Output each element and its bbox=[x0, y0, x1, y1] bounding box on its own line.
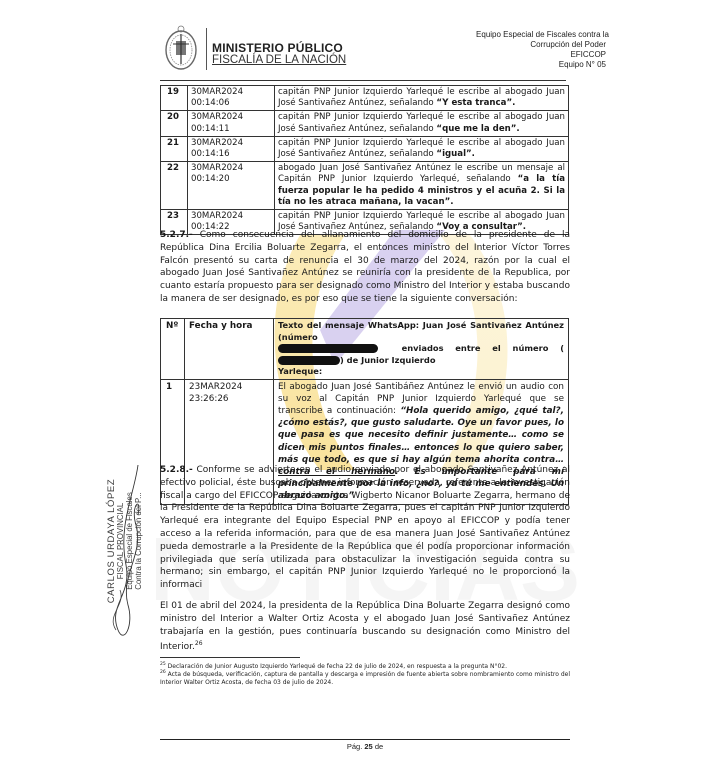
row-message: capitán PNP Junior Izquierdo Yarlequé le… bbox=[275, 111, 569, 136]
team-block: Equipo Especial de Fiscales contra la Co… bbox=[473, 30, 606, 70]
paragraph-text: Como consecuencia del allanamiento del d… bbox=[160, 230, 570, 304]
table-row: 2130MAR202400:14:16capitán PNP Junior Iz… bbox=[161, 136, 569, 161]
row-date: 30MAR2024 bbox=[191, 211, 243, 221]
row-num: 20 bbox=[161, 111, 188, 136]
section-label: 5.2.8.- bbox=[160, 465, 193, 475]
stamp-line: Equipo Especial de Fiscales bbox=[125, 446, 134, 636]
paragraph-text: El 01 de abril del 2024, la presidenta d… bbox=[160, 601, 570, 652]
message-text: capitán PNP Junior Izquierdo Yarlequé le… bbox=[278, 112, 565, 133]
header-date: Fecha y hora bbox=[185, 319, 274, 380]
stamp-name: CARLOS URDAYA LÓPEZ bbox=[107, 446, 116, 636]
header-message-text: Texto del mensaje WhatsApp: Juan José Sa… bbox=[274, 319, 569, 380]
paragraph-5-2-8: 5.2.8.- Conforme se advierte en el audio… bbox=[160, 464, 570, 592]
row-date: 23MAR2024 bbox=[189, 382, 242, 392]
header-rule bbox=[160, 80, 566, 81]
page-prefix: Pág. bbox=[347, 742, 362, 751]
page-footer: Pág. 25 de bbox=[160, 742, 570, 751]
footnote-text: Acta de búsqueda, verificación, captura … bbox=[160, 671, 570, 686]
org-line-2: FISCALÍA DE LA NACIÓN bbox=[212, 54, 346, 66]
redaction-bar bbox=[278, 356, 340, 365]
document-page: NOTICIAS MINISTERIO PÚBLICO FISCALÍA DE … bbox=[0, 0, 704, 767]
message-text: capitán PNP Junior Izquierdo Yarlequé le… bbox=[278, 138, 565, 159]
messages-table-continued: 1930MAR202400:14:06capitán PNP Junior Iz… bbox=[160, 85, 569, 235]
team-line: Equipo Especial de Fiscales contra la bbox=[476, 30, 609, 40]
row-num: 21 bbox=[161, 136, 188, 161]
org-line-1: MINISTERIO PÚBLICO bbox=[212, 42, 346, 54]
row-date: 30MAR2024 bbox=[191, 87, 243, 97]
footer-rule bbox=[160, 739, 570, 740]
row-time: 00:14:20 bbox=[191, 174, 230, 184]
row-time: 00:14:16 bbox=[191, 149, 230, 159]
row-date: 30MAR2024 bbox=[191, 163, 243, 173]
message-quote: “que me la den”. bbox=[436, 124, 519, 134]
paragraph-text: Conforme se advierte en el audio enviado… bbox=[160, 465, 570, 590]
header-text-c: ) de Junior Izquierdo bbox=[340, 355, 436, 365]
row-message: abogado Juan José Santivañez Antúnez le … bbox=[275, 162, 569, 210]
stamp-line: Contra la Corrupción del P... bbox=[134, 446, 143, 636]
row-datetime: 30MAR202400:14:06 bbox=[188, 86, 275, 111]
team-line: EFICCOP bbox=[473, 50, 606, 60]
header-text-b: enviados entre el número ( bbox=[402, 343, 564, 353]
table-row: 1930MAR202400:14:06capitán PNP Junior Iz… bbox=[161, 86, 569, 111]
message-quote: “Y esta tranca”. bbox=[436, 98, 515, 108]
redaction-bar bbox=[278, 344, 378, 353]
row-message: capitán PNP Junior Izquierdo Yarlequé le… bbox=[275, 136, 569, 161]
header-text-a: Texto del mensaje WhatsApp: Juan José Sa… bbox=[278, 320, 564, 342]
header-separator bbox=[206, 28, 207, 70]
stamp-title: FISCAL PROVINCIAL bbox=[116, 446, 125, 636]
row-datetime: 30MAR202400:14:20 bbox=[188, 162, 275, 210]
team-line: Corrupción del Poder bbox=[473, 40, 606, 50]
table-header-row: Nº Fecha y hora Texto del mensaje WhatsA… bbox=[161, 319, 569, 380]
row-num: 22 bbox=[161, 162, 188, 210]
table-row: 2030MAR202400:14:11capitán PNP Junior Iz… bbox=[161, 111, 569, 136]
row-date: 30MAR2024 bbox=[191, 138, 243, 148]
letterhead: MINISTERIO PÚBLICO FISCALÍA DE LA NACIÓN… bbox=[160, 22, 686, 82]
message-text: capitán PNP Junior Izquierdo Yarlequé le… bbox=[278, 87, 565, 108]
header-text-d: Yarleque: bbox=[278, 366, 322, 376]
page-suffix: de bbox=[375, 742, 383, 751]
paragraph-5-2-7: 5.2.7.- Como consecuencia del allanamien… bbox=[160, 229, 570, 306]
paragraph-final: El 01 de abril del 2024, la presidenta d… bbox=[160, 600, 570, 654]
section-label: 5.2.7.- bbox=[160, 230, 193, 240]
row-num: 19 bbox=[161, 86, 188, 111]
signature-stamp: CARLOS URDAYA LÓPEZ FISCAL PROVINCIAL Eq… bbox=[98, 455, 158, 650]
row-time: 00:14:11 bbox=[191, 124, 230, 134]
footnote-26: 26 Acta de búsqueda, verificación, captu… bbox=[160, 669, 570, 687]
row-datetime: 30MAR202400:14:11 bbox=[188, 111, 275, 136]
footnote-rule bbox=[160, 657, 300, 658]
row-datetime: 30MAR202400:14:16 bbox=[188, 136, 275, 161]
header-num: Nº bbox=[161, 319, 185, 380]
row-message: capitán PNP Junior Izquierdo Yarlequé le… bbox=[275, 86, 569, 111]
table-row: 2230MAR202400:14:20abogado Juan José San… bbox=[161, 162, 569, 210]
footnote-ref: 26 bbox=[195, 640, 203, 647]
row-date: 30MAR2024 bbox=[191, 112, 243, 122]
team-line: Equipo N° 05 bbox=[473, 60, 606, 70]
row-time: 00:14:06 bbox=[191, 98, 230, 108]
page-number: 25 bbox=[364, 742, 372, 751]
coat-of-arms-seal-icon bbox=[164, 24, 198, 72]
row-time: 23:26:26 bbox=[189, 394, 229, 404]
message-quote: “igual”. bbox=[436, 149, 475, 159]
stamp-text: CARLOS URDAYA LÓPEZ FISCAL PROVINCIAL Eq… bbox=[107, 446, 143, 636]
organization-name: MINISTERIO PÚBLICO FISCALÍA DE LA NACIÓN bbox=[212, 42, 346, 66]
